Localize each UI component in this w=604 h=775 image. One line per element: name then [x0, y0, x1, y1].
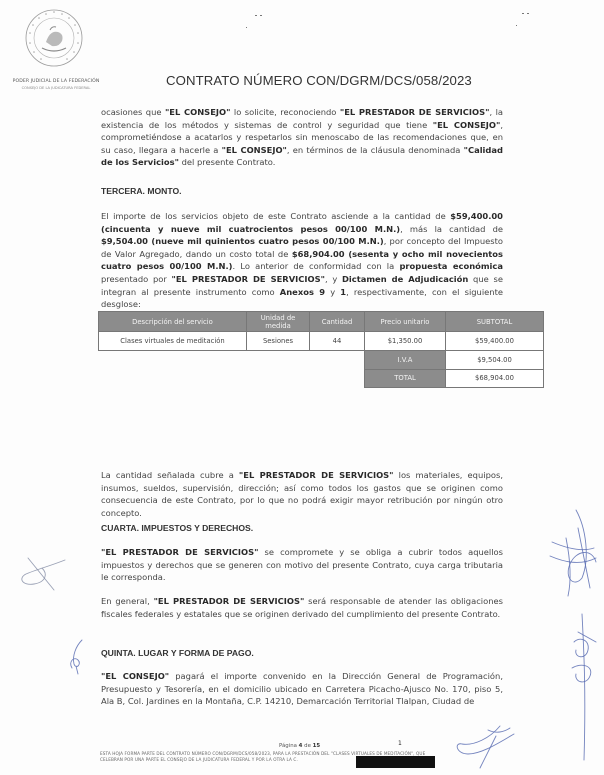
- contract-title: CONTRATO NÚMERO CON/DGRM/DCS/058/2023: [166, 73, 472, 88]
- initials-signature-icon: [10, 552, 70, 592]
- scan-speck: [255, 15, 257, 16]
- col-subtotal: SUBTOTAL: [446, 312, 544, 332]
- payment-paragraph: "EL CONSEJO" pagará el importe convenido…: [101, 670, 503, 708]
- margin-mark: 1: [398, 740, 402, 747]
- total-label: TOTAL: [365, 369, 446, 387]
- section-heading-tercera: TERCERA. MONTO.: [101, 186, 182, 196]
- institution-subname: CONSEJO DE LA JUDICATURA FEDERAL: [6, 86, 106, 90]
- institution-name: PODER JUDICIAL DE LA FEDERACIÓN: [6, 79, 106, 84]
- col-description: Descripción del servicio: [99, 312, 247, 332]
- cell-subtotal: $59,400.00: [446, 332, 544, 351]
- iva-label: I.V.A: [365, 351, 446, 370]
- table-header-row: Descripción del servicio Unidad de medid…: [99, 312, 544, 332]
- col-unit-price: Precio unitario: [365, 312, 446, 332]
- table-row: Clases virtuales de meditación Sesiones …: [99, 332, 544, 351]
- taxes-paragraph: "EL PRESTADOR DE SERVICIOS" se compromet…: [101, 546, 503, 584]
- initials-signature-icon: [66, 638, 88, 674]
- iva-value: $9,504.00: [446, 351, 544, 370]
- scan-speck: [516, 25, 517, 26]
- signature-icon: [568, 612, 604, 762]
- scan-speck: [260, 15, 262, 16]
- amount-paragraph: El importe de los servicios objeto de es…: [101, 210, 503, 311]
- footer-legal-note: ESTA HOJA FORMA PARTE DEL CONTRATO NÚMER…: [100, 751, 510, 764]
- section-heading-quinta: QUINTA. LUGAR Y FORMA DE PAGO.: [101, 648, 254, 658]
- table-iva-row: I.V.A $9,504.00: [99, 351, 544, 370]
- scan-speck: [246, 27, 247, 28]
- section-heading-cuarta: CUARTA. IMPUESTOS Y DERECHOS.: [101, 523, 253, 533]
- redaction-box: [356, 756, 435, 768]
- signature-icon: [452, 724, 526, 772]
- scan-speck: [522, 13, 524, 14]
- cell-quantity: 44: [310, 332, 365, 351]
- coat-of-arms-icon: [24, 8, 84, 68]
- amount-breakdown-table: Descripción del servicio Unidad de medid…: [98, 311, 544, 388]
- coverage-paragraph: La cantidad señalada cubre a "EL PRESTAD…: [101, 469, 503, 519]
- cell-unit-price: $1,350.00: [365, 332, 446, 351]
- cell-unit: Sesiones: [247, 332, 310, 351]
- seal-caption: PODER JUDICIAL DE LA FEDERACIÓN CONSEJO …: [6, 79, 106, 90]
- fiscal-obligations-paragraph: En general, "EL PRESTADOR DE SERVICIOS" …: [101, 595, 503, 620]
- intro-paragraph: ocasiones que "EL CONSEJO" lo solicite, …: [101, 106, 503, 169]
- col-quantity: Cantidad: [310, 312, 365, 332]
- table-total-row: TOTAL $68,904.00: [99, 369, 544, 387]
- signature-icon: [546, 508, 604, 598]
- total-value: $68,904.00: [446, 369, 544, 387]
- page-number: Página 4 de 15: [279, 743, 320, 749]
- cell-description: Clases virtuales de meditación: [99, 332, 247, 351]
- contract-page: PODER JUDICIAL DE LA FEDERACIÓN CONSEJO …: [0, 0, 604, 775]
- col-unit: Unidad de medida: [247, 312, 310, 332]
- scan-speck: [527, 13, 529, 14]
